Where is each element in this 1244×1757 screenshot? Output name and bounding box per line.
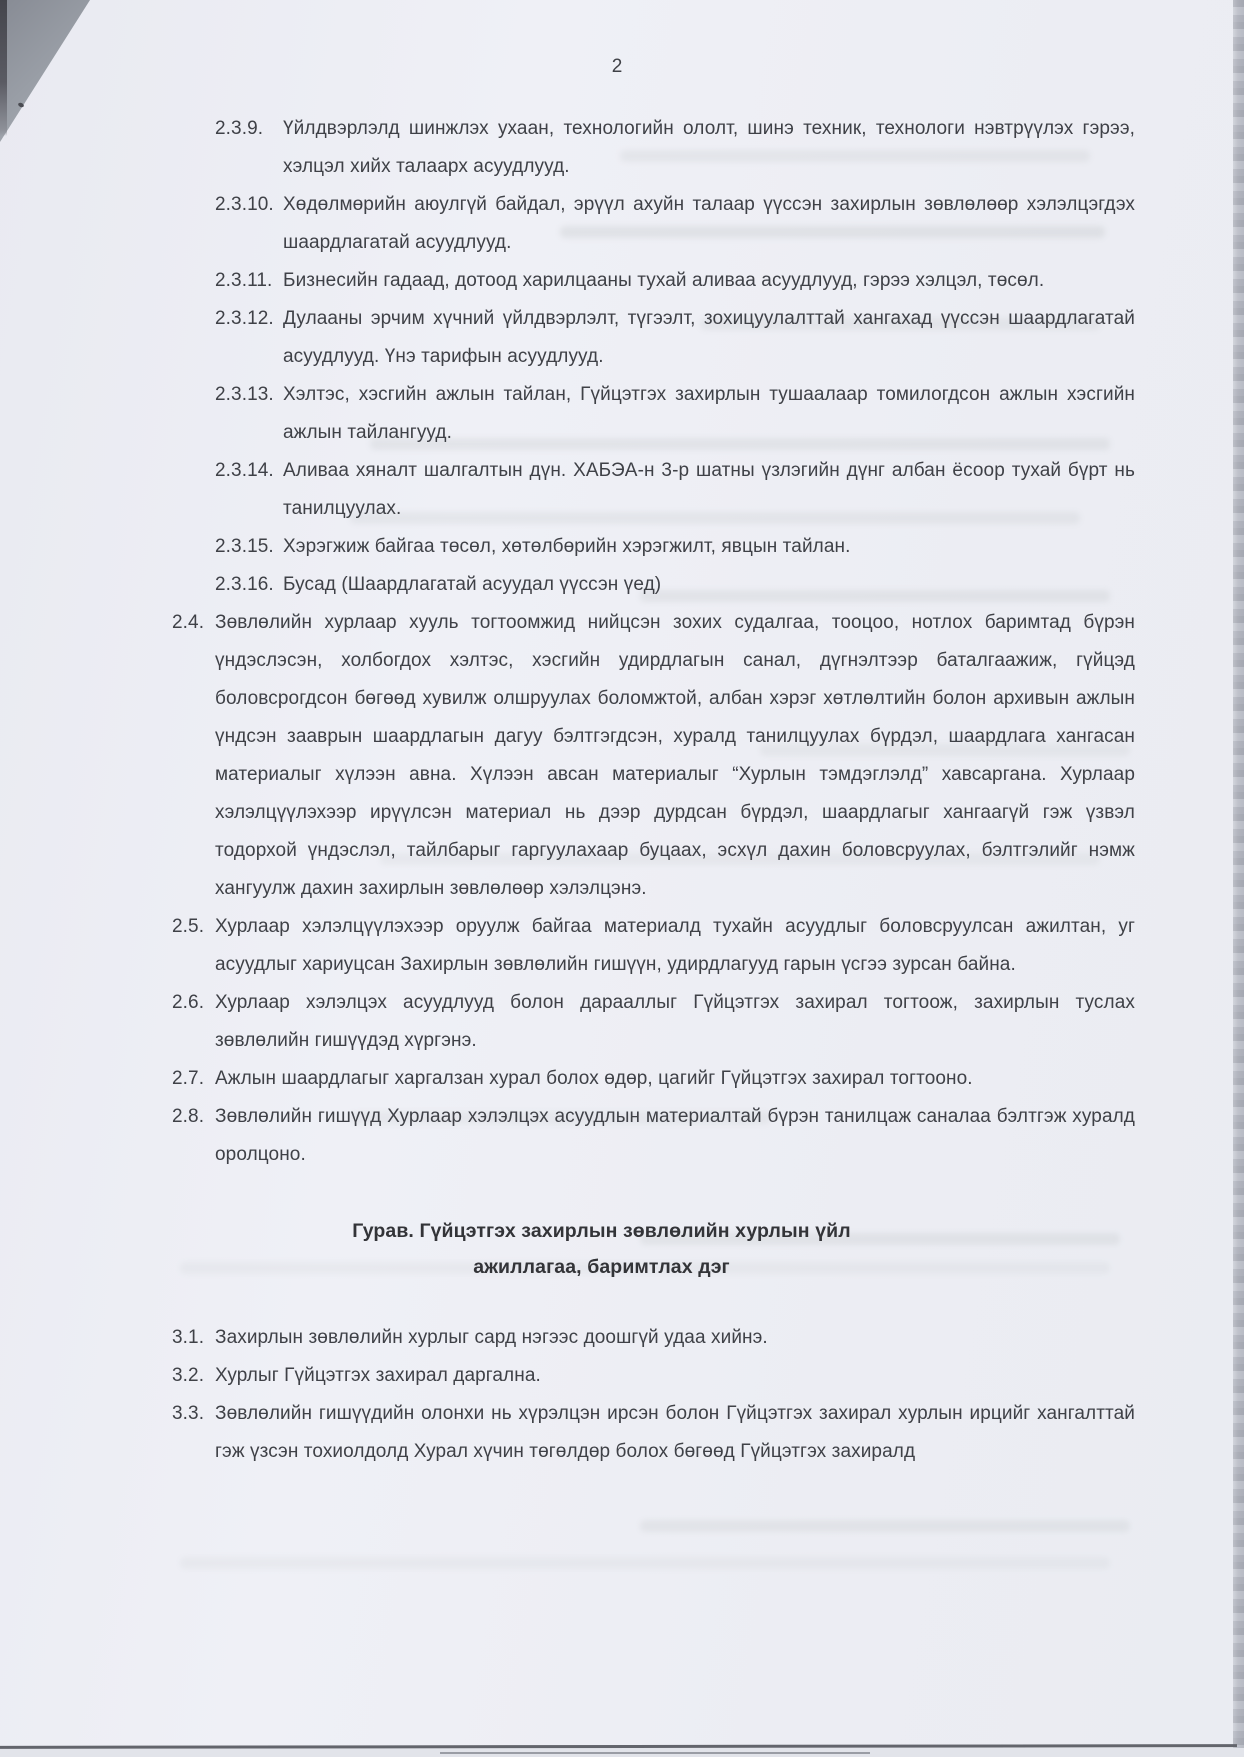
page-right-edge-artifact [1233, 0, 1244, 1757]
item-text: Хурлаар хэлэлцэх асуудлууд болон дараалл… [215, 984, 1135, 1060]
item-number: 2.7. [172, 1060, 204, 1098]
item-text: Үйлдвэрлэлд шинжлэх ухаан, технологийн о… [283, 110, 1135, 186]
item-text: Зөвлөлийн гишүүдийн олонхи нь хүрэлцэн и… [215, 1395, 1135, 1471]
item-text: Захирлын зөвлөлийн хурлыг сард нэгээс до… [215, 1319, 1135, 1357]
item-number: 2.3.12. [215, 300, 274, 338]
item-number: 2.3.13. [215, 376, 274, 414]
bleed-through-artifact [180, 1557, 1110, 1569]
item-number: 2.3.11. [215, 262, 272, 300]
item-number: 3.3. [172, 1395, 204, 1433]
list-item: 2.3.12. Дулааны эрчим хүчний үйлдвэрлэлт… [172, 300, 1135, 376]
item-text: Хурлаар хэлэлцүүлэхээр оруулж байгаа мат… [215, 908, 1135, 984]
item-number: 2.4. [172, 604, 204, 642]
list-item: 3.2. Хурлыг Гүйцэтгэх захирал даргална. [172, 1357, 1135, 1395]
list-item: 2.3.11. Бизнесийн гадаад, дотоод харилца… [172, 262, 1135, 300]
item-number: 3.1. [172, 1319, 204, 1357]
list-item: 2.3.15. Хэрэгжиж байгаа төсөл, хөтөлбөри… [172, 528, 1135, 566]
item-number: 2.3.15. [215, 528, 274, 566]
list-item: 2.3.13. Хэлтэс, хэсгийн ажлын тайлан, Гү… [172, 376, 1135, 452]
list-item: 3.1. Захирлын зөвлөлийн хурлыг сард нэгэ… [172, 1319, 1135, 1357]
list-item: 2.3.14. Аливаа хяналт шалгалтын дүн. ХАБ… [172, 452, 1135, 528]
item-number: 2.3.9. [215, 110, 263, 148]
list-item: 2.3.9. Үйлдвэрлэлд шинжлэх ухаан, технол… [172, 110, 1135, 186]
item-number: 2.3.16. [215, 566, 274, 604]
item-text: Зөвлөлийн хурлаар хууль тогтоомжид нийцс… [215, 604, 1135, 908]
page-number: 2 [0, 56, 1234, 78]
item-text: Бизнесийн гадаад, дотоод харилцааны туха… [283, 262, 1135, 300]
bleed-through-artifact [640, 1520, 1130, 1532]
section-heading-line2: ажиллагаа, баримтлах дэг [172, 1249, 1031, 1285]
list-item: 3.3. Зөвлөлийн гишүүдийн олонхи нь хүрэл… [172, 1395, 1135, 1471]
list-item: 2.6. Хурлаар хэлэлцэх асуудлууд болон да… [172, 984, 1135, 1060]
list-item: 2.3.10. Хөдөлмөрийн аюулгүй байдал, эрүү… [172, 186, 1135, 262]
item-number: 2.6. [172, 984, 204, 1022]
list-item: 2.8. Зөвлөлийн гишүүд Хурлаар хэлэлцэх а… [172, 1098, 1135, 1174]
list-item: 2.7. Ажлын шаардлагыг харгалзан хурал бо… [172, 1060, 1135, 1098]
item-number: 2.8. [172, 1098, 204, 1136]
item-number: 2.5. [172, 908, 204, 946]
item-text: Зөвлөлийн гишүүд Хурлаар хэлэлцэх асуудл… [215, 1098, 1135, 1174]
section-heading: Гурав. Гүйцэтгэх захирлын зөвлөлийн хурл… [172, 1213, 1031, 1285]
item-text: Ажлын шаардлагыг харгалзан хурал болох ө… [215, 1060, 1135, 1098]
document-body: 2.3.9. Үйлдвэрлэлд шинжлэх ухаан, технол… [172, 110, 1135, 1471]
item-text: Хэлтэс, хэсгийн ажлын тайлан, Гүйцэтгэх … [283, 376, 1135, 452]
list-item: 2.4. Зөвлөлийн хурлаар хууль тогтоомжид … [172, 604, 1135, 908]
item-text: Дулааны эрчим хүчний үйлдвэрлэлт, түгээл… [283, 300, 1135, 376]
item-text: Аливаа хяналт шалгалтын дүн. ХАБЭА-н 3-р… [283, 452, 1135, 528]
list-item: 2.3.16. Бусад (Шаардлагатай асуудал үүсс… [172, 566, 1135, 604]
item-number: 3.2. [172, 1357, 204, 1395]
item-number: 2.3.14. [215, 452, 274, 490]
item-text: Бусад (Шаардлагатай асуудал үүссэн үед) [283, 566, 1135, 604]
item-text: Хөдөлмөрийн аюулгүй байдал, эрүүл ахуйн … [283, 186, 1135, 262]
bottom-edge-line-faint [440, 1752, 870, 1754]
item-number: 2.3.10. [215, 186, 274, 224]
section-heading-line1: Гурав. Гүйцэтгэх захирлын зөвлөлийн хурл… [172, 1213, 1031, 1249]
item-text: Хурлыг Гүйцэтгэх захирал даргална. [215, 1357, 1135, 1395]
list-item: 2.5. Хурлаар хэлэлцүүлэхээр оруулж байга… [172, 908, 1135, 984]
item-text: Хэрэгжиж байгаа төсөл, хөтөлбөрийн хэрэг… [283, 528, 1135, 566]
page-left-edge-artifact [0, 0, 7, 136]
